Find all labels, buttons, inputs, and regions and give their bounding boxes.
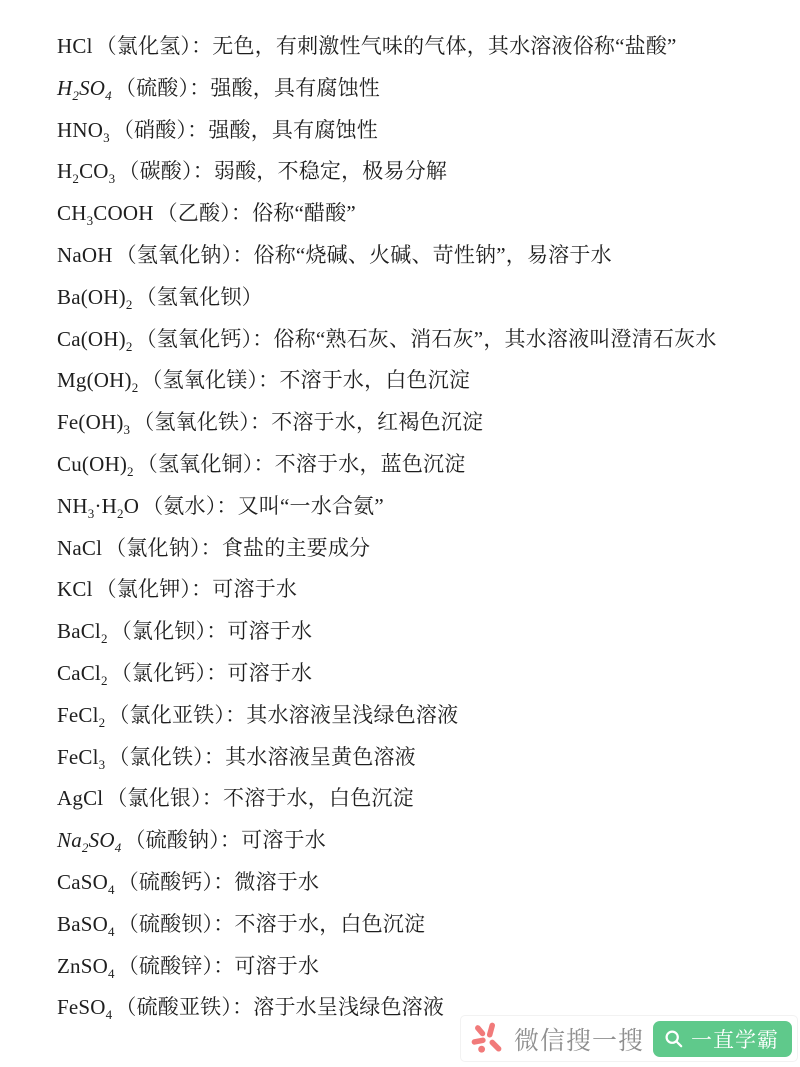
compound-list: HCl（氯化氢）：无色，有刺激性气味的气体，其水溶液俗称“盐酸” H2SO4（硫… [0, 0, 800, 1029]
compound-entry: FeCl2（氯化亚铁）：其水溶液呈浅绿色溶液 [57, 695, 770, 737]
compound-formula: CaCl2 [57, 661, 108, 685]
compound-formula: CH3COOH [57, 201, 154, 225]
compound-description: （氯化亚铁）：其水溶液呈浅绿色溶液 [108, 703, 458, 727]
compound-formula: HNO3 [57, 118, 110, 142]
compound-entry: H2CO3（碳酸）：弱酸，不稳定，极易分解 [57, 151, 770, 193]
compound-description: （氯化钙）：可溶于水 [111, 661, 313, 685]
compound-entry: Ba(OH)2（氢氧化钡） [57, 277, 770, 319]
compound-description: （硫酸）：强酸，具有腐蚀性 [115, 76, 380, 100]
compound-formula: KCl [57, 577, 93, 601]
compound-entry: NaOH（氢氧化钠）：俗称“烧碱、火碱、苛性钠”，易溶于水 [57, 235, 770, 277]
compound-formula: Cu(OH)2 [57, 452, 134, 476]
compound-formula: NH3·H2O [57, 494, 139, 518]
compound-formula: AgCl [57, 786, 103, 810]
compound-formula: Fe(OH)3 [57, 410, 130, 434]
compound-description: （硝酸）：强酸，具有腐蚀性 [113, 118, 378, 142]
compound-description: （氨水）：又叫“一水合氨” [142, 494, 384, 518]
compound-description: （氢氧化铜）：不溶于水，蓝色沉淀 [137, 452, 466, 476]
compound-formula: BaSO4 [57, 912, 115, 936]
compound-description: （硫酸锌）：可溶于水 [118, 954, 320, 978]
compound-description: （硫酸钡）：不溶于水，白色沉淀 [118, 912, 426, 936]
compound-formula: H2SO4 [57, 76, 112, 100]
compound-description: （氢氧化钡） [136, 285, 263, 309]
compound-formula: NaCl [57, 536, 102, 560]
compound-formula: H2CO3 [57, 159, 115, 183]
compound-description: （氯化氢）：无色，有刺激性气味的气体，其水溶液俗称“盐酸” [96, 34, 677, 58]
compound-description: （氯化钡）：可溶于水 [111, 619, 313, 643]
wechat-search-spark-icon [471, 1022, 505, 1056]
compound-description: （硫酸亚铁）：溶于水呈浅绿色溶液 [115, 995, 444, 1019]
compound-formula: FeCl2 [57, 703, 105, 727]
watermark-brand-text: 微信搜一搜 [514, 1021, 644, 1057]
compound-formula: Ba(OH)2 [57, 285, 133, 309]
compound-entry: H2SO4（硫酸）：强酸，具有腐蚀性 [57, 68, 770, 110]
compound-formula: FeCl3 [57, 745, 105, 769]
compound-entry: KCl（氯化钾）：可溶于水 [57, 569, 770, 611]
compound-description: （氯化铁）：其水溶液呈黄色溶液 [108, 745, 416, 769]
compound-formula: BaCl2 [57, 619, 108, 643]
search-icon [664, 1029, 684, 1049]
compound-description: （氢氧化钠）：俗称“烧碱、火碱、苛性钠”，易溶于水 [116, 243, 612, 267]
compound-formula: Ca(OH)2 [57, 327, 133, 351]
compound-description: （碳酸）：弱酸，不稳定，极易分解 [118, 159, 447, 183]
compound-formula: FeSO4 [57, 995, 112, 1019]
compound-formula: Mg(OH)2 [57, 368, 138, 392]
compound-description: （乙酸）：俗称“醋酸” [157, 201, 356, 225]
compound-description: （氯化钾）：可溶于水 [96, 577, 298, 601]
compound-formula: Na2SO4 [57, 828, 121, 852]
compound-formula: ZnSO4 [57, 954, 115, 978]
compound-entry: CaCl2（氯化钙）：可溶于水 [57, 653, 770, 695]
compound-entry: CaSO4（硫酸钙）：微溶于水 [57, 862, 770, 904]
compound-formula: HCl [57, 34, 93, 58]
watermark-search-button: 一直学霸 [653, 1021, 792, 1057]
compound-entry: CH3COOH（乙酸）：俗称“醋酸” [57, 193, 770, 235]
compound-entry: Ca(OH)2（氢氧化钙）：俗称“熟石灰、消石灰”，其水溶液叫澄清石灰水 [57, 319, 770, 361]
compound-description: （氯化钠）：食盐的主要成分 [105, 536, 370, 560]
wechat-search-watermark: 微信搜一搜 一直学霸 [461, 1016, 797, 1061]
compound-entry: Cu(OH)2（氢氧化铜）：不溶于水，蓝色沉淀 [57, 444, 770, 486]
compound-formula: CaSO4 [57, 870, 115, 894]
compound-entry: HNO3（硝酸）：强酸，具有腐蚀性 [57, 110, 770, 152]
compound-formula: NaOH [57, 243, 113, 267]
compound-entry: BaCl2（氯化钡）：可溶于水 [57, 611, 770, 653]
compound-entry: AgCl（氯化银）：不溶于水，白色沉淀 [57, 778, 770, 820]
spark-dot [478, 1045, 485, 1052]
compound-entry: Na2SO4（硫酸钠）：可溶于水 [57, 820, 770, 862]
compound-entry: Mg(OH)2（氢氧化镁）：不溶于水，白色沉淀 [57, 360, 770, 402]
compound-description: （硫酸钠）：可溶于水 [124, 828, 326, 852]
watermark-button-label: 一直学霸 [691, 1024, 779, 1054]
compound-description: （氯化银）：不溶于水，白色沉淀 [106, 786, 414, 810]
compound-description: （氢氧化镁）：不溶于水，白色沉淀 [141, 368, 470, 392]
compound-entry: Fe(OH)3（氢氧化铁）：不溶于水，红褐色沉淀 [57, 402, 770, 444]
compound-entry: FeCl3（氯化铁）：其水溶液呈黄色溶液 [57, 737, 770, 779]
compound-description: （氢氧化钙）：俗称“熟石灰、消石灰”，其水溶液叫澄清石灰水 [136, 327, 717, 351]
compound-description: （硫酸钙）：微溶于水 [118, 870, 320, 894]
compound-entry: BaSO4（硫酸钡）：不溶于水，白色沉淀 [57, 904, 770, 946]
compound-entry: HCl（氯化氢）：无色，有刺激性气味的气体，其水溶液俗称“盐酸” [57, 26, 770, 68]
compound-entry: NaCl（氯化钠）：食盐的主要成分 [57, 528, 770, 570]
compound-entry: NH3·H2O（氨水）：又叫“一水合氨” [57, 486, 770, 528]
compound-entry: ZnSO4（硫酸锌）：可溶于水 [57, 946, 770, 988]
compound-description: （氢氧化铁）：不溶于水，红褐色沉淀 [133, 410, 483, 434]
